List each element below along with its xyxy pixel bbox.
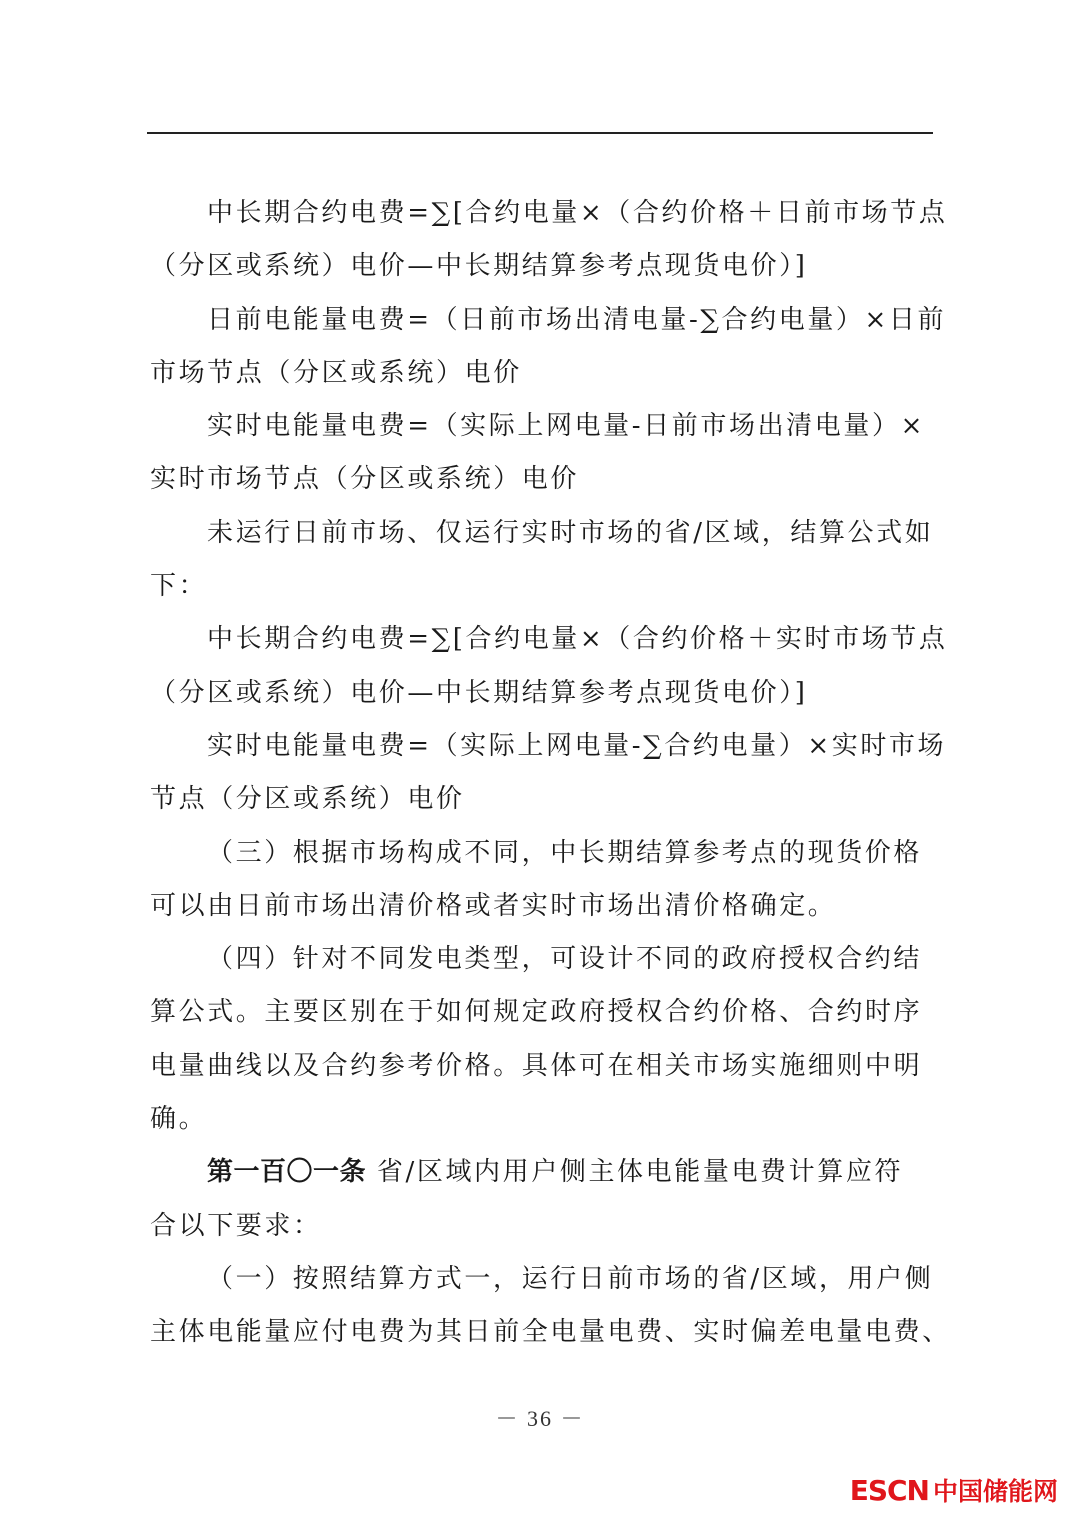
line-text: 省/区域内用户侧主体电能量电费计算应符 bbox=[366, 1157, 903, 1187]
text-line: 算公式。主要区别在于如何规定政府授权合约价格、合约时序 bbox=[150, 989, 936, 1042]
text-line: 市场节点（分区或系统）电价 bbox=[150, 350, 936, 403]
article-number: 第一百〇一条 bbox=[207, 1157, 366, 1187]
escn-watermark-logo: ESCN 中国储能网 bbox=[850, 1472, 1058, 1508]
line-text: （一）按照结算方式一，运行日前市场的省/区域，用户侧 bbox=[207, 1264, 933, 1294]
page-number: － 36 － bbox=[0, 1402, 1080, 1433]
text-line: 未运行日前市场、仅运行实时市场的省/区域，结算公式如 bbox=[150, 510, 936, 563]
line-text: 中长期合约电费=∑[合约电量×（合约价格＋实时市场节点 bbox=[207, 624, 947, 654]
line-text: 主体电能量应付电费为其日前全电量电费、实时偏差电量电费、 bbox=[150, 1317, 951, 1347]
watermark-en: ESCN bbox=[850, 1474, 929, 1507]
text-line: 主体电能量应付电费为其日前全电量电费、实时偏差电量电费、 bbox=[150, 1309, 936, 1362]
document-page: 中长期合约电费=∑[合约电量×（合约价格＋日前市场节点 （分区或系统）电价—中长… bbox=[0, 0, 1080, 1527]
line-text: 合以下要求： bbox=[150, 1211, 322, 1241]
line-text: 中长期合约电费=∑[合约电量×（合约价格＋日前市场节点 bbox=[207, 198, 947, 228]
text-line: 节点（分区或系统）电价 bbox=[150, 776, 936, 829]
text-line: 日前电能量电费=（日前市场出清电量-∑合约电量）×日前 bbox=[150, 297, 936, 350]
line-text: 下： bbox=[150, 571, 207, 601]
text-line: 实时电能量电费=（实际上网电量-∑合约电量）×实时市场 bbox=[150, 723, 936, 776]
line-text: 节点（分区或系统）电价 bbox=[150, 784, 465, 814]
line-text: （四）针对不同发电类型，可设计不同的政府授权合约结 bbox=[207, 944, 922, 974]
line-text: 可以由日前市场出清价格或者实时市场出清价格确定。 bbox=[150, 891, 836, 921]
text-line: 电量曲线以及合约参考价格。具体可在相关市场实施细则中明 bbox=[150, 1043, 936, 1096]
text-line: 确。 bbox=[150, 1096, 936, 1149]
line-text: （三）根据市场构成不同，中长期结算参考点的现货价格 bbox=[207, 838, 922, 868]
line-text: 日前电能量电费=（日前市场出清电量-∑合约电量）×日前 bbox=[207, 305, 946, 335]
watermark-cn: 中国储能网 bbox=[933, 1472, 1058, 1508]
line-text: 电量曲线以及合约参考价格。具体可在相关市场实施细则中明 bbox=[150, 1051, 922, 1081]
line-text: 实时电能量电费=（实际上网电量-日前市场出清电量）× bbox=[207, 411, 925, 441]
text-line: （四）针对不同发电类型，可设计不同的政府授权合约结 bbox=[150, 936, 936, 989]
line-text: 市场节点（分区或系统）电价 bbox=[150, 358, 522, 388]
line-text: 未运行日前市场、仅运行实时市场的省/区域，结算公式如 bbox=[207, 518, 933, 548]
text-line: 中长期合约电费=∑[合约电量×（合约价格＋实时市场节点 bbox=[150, 616, 936, 669]
document-body: 中长期合约电费=∑[合约电量×（合约价格＋日前市场节点 （分区或系统）电价—中长… bbox=[150, 190, 936, 1363]
text-line: （一）按照结算方式一，运行日前市场的省/区域，用户侧 bbox=[150, 1256, 936, 1309]
line-text: 算公式。主要区别在于如何规定政府授权合约价格、合约时序 bbox=[150, 997, 922, 1027]
text-line: （分区或系统）电价—中长期结算参考点现货电价）] bbox=[150, 670, 936, 723]
line-text: 实时电能量电费=（实际上网电量-∑合约电量）×实时市场 bbox=[207, 731, 946, 761]
text-line: 可以由日前市场出清价格或者实时市场出清价格确定。 bbox=[150, 883, 936, 936]
header-rule bbox=[147, 132, 933, 134]
line-text: （分区或系统）电价—中长期结算参考点现货电价）] bbox=[150, 678, 808, 708]
text-line: （分区或系统）电价—中长期结算参考点现货电价）] bbox=[150, 243, 936, 296]
line-text: 确。 bbox=[150, 1104, 207, 1134]
line-text: （分区或系统）电价—中长期结算参考点现货电价）] bbox=[150, 251, 808, 281]
text-line: 中长期合约电费=∑[合约电量×（合约价格＋日前市场节点 bbox=[150, 190, 936, 243]
article-heading-line: 第一百〇一条 省/区域内用户侧主体电能量电费计算应符 bbox=[150, 1149, 936, 1202]
text-line: 实时市场节点（分区或系统）电价 bbox=[150, 456, 936, 509]
text-line: 实时电能量电费=（实际上网电量-日前市场出清电量）× bbox=[150, 403, 936, 456]
line-text: 实时市场节点（分区或系统）电价 bbox=[150, 464, 579, 494]
text-line: 合以下要求： bbox=[150, 1203, 936, 1256]
text-line: 下： bbox=[150, 563, 936, 616]
text-line: （三）根据市场构成不同，中长期结算参考点的现货价格 bbox=[150, 830, 936, 883]
